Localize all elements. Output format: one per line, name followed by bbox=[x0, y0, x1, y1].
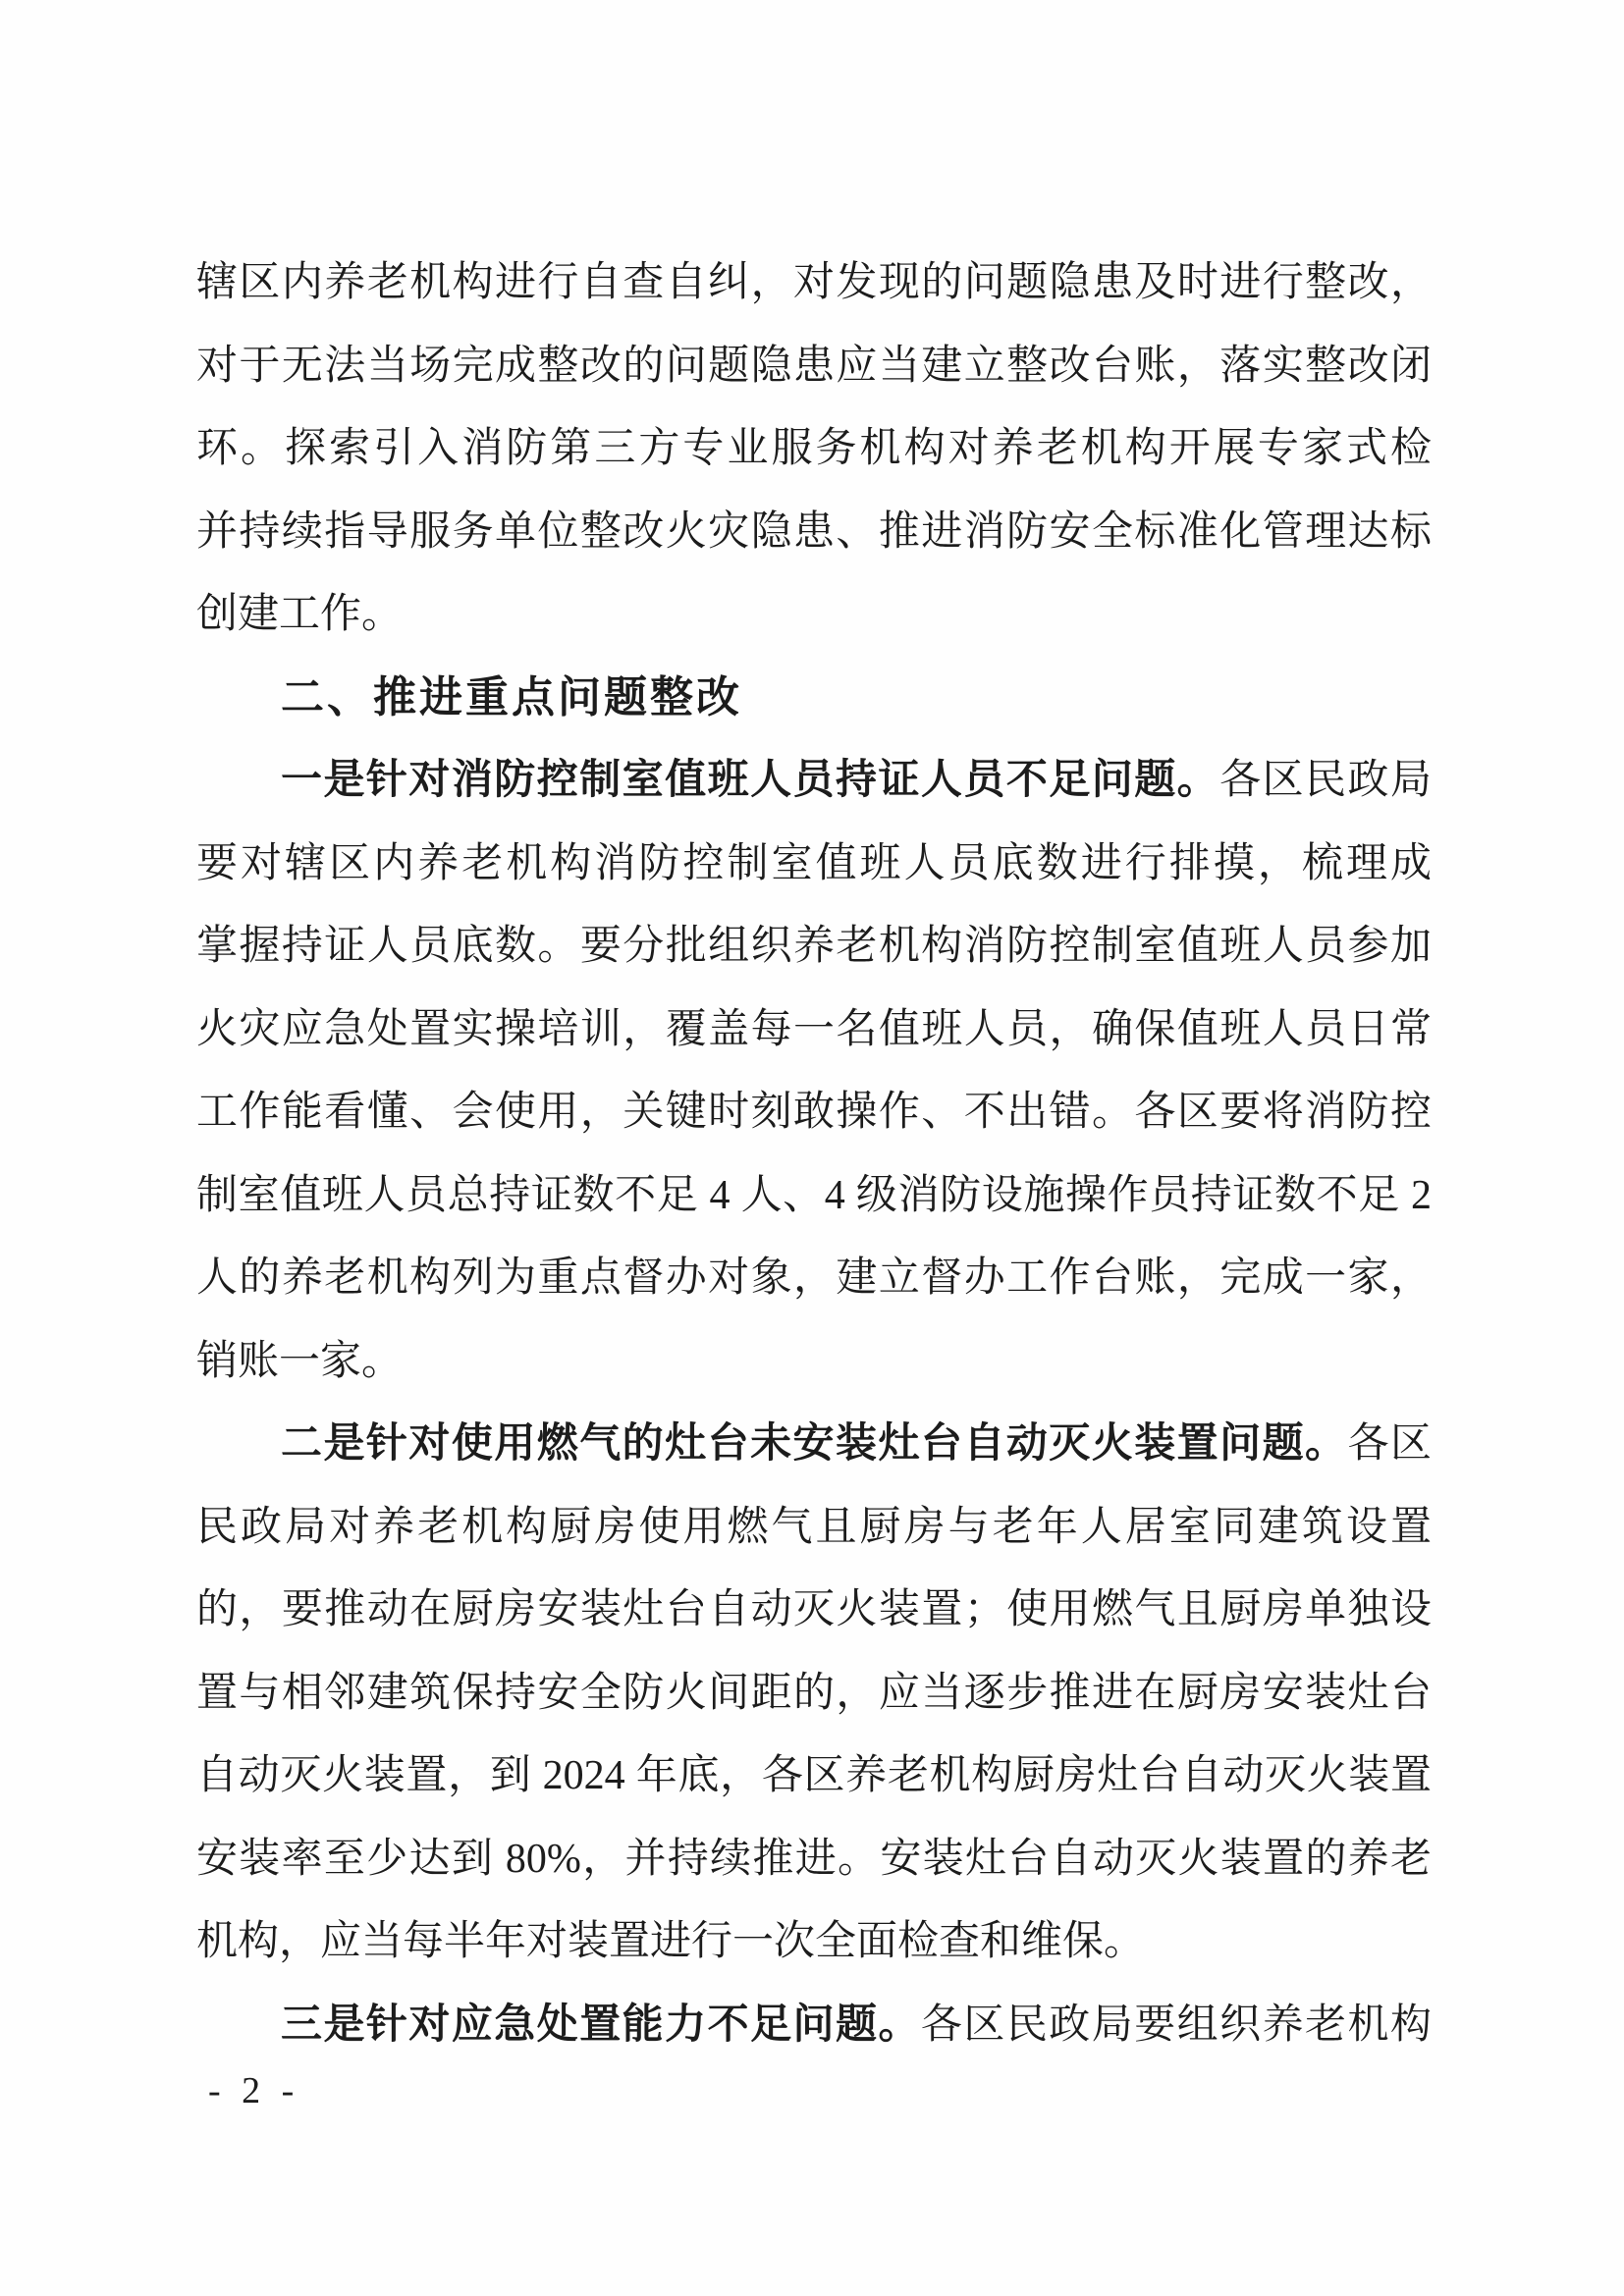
body-text: 各区民政局 bbox=[1219, 758, 1432, 803]
text-line: 工作能看懂、会使用，关键时刻敢操作、不出错。各区要将消防控 bbox=[196, 1071, 1432, 1154]
body-text: 火灾应急处置实操培训，覆盖每一名值班人员，确保值班人员日常 bbox=[196, 1007, 1432, 1052]
body-text: 机构，应当每半年对装置进行一次全面检查和维保。 bbox=[196, 1919, 1145, 1964]
lead-in-text: 二是针对使用燃气的灶台未安装灶台自动灭火装置问题。 bbox=[281, 1421, 1348, 1467]
section-heading: 二、推进重点问题整改 bbox=[196, 657, 1432, 740]
body-text: 工作能看懂、会使用，关键时刻敢操作、不出错。各区要将消防控 bbox=[196, 1090, 1432, 1135]
text-line: 一是针对消防控制室值班人员持证人员不足问题。各区民政局 bbox=[196, 739, 1432, 823]
text-line: 二是针对使用燃气的灶台未安装灶台自动灭火装置问题。各区 bbox=[196, 1403, 1432, 1486]
text-line: 要对辖区内养老机构消防控制室值班人员底数进行排摸，梳理成册， bbox=[196, 823, 1432, 906]
text-line: 置与相邻建筑保持安全防火间距的，应当逐步推进在厨房安装灶台 bbox=[196, 1652, 1432, 1735]
text-line: 辖区内养老机构进行自查自纠，对发现的问题隐患及时进行整改， bbox=[196, 241, 1432, 325]
text-line: 安装率至少达到 80%，并持续推进。安装灶台自动灭火装置的养老 bbox=[196, 1818, 1432, 1901]
text-line: 制室值班人员总持证数不足 4 人、4 级消防设施操作员持证数不足 2 bbox=[196, 1154, 1432, 1238]
body-text: 掌握持证人员底数。要分批组织养老机构消防控制室值班人员参加 bbox=[196, 924, 1432, 969]
text-line: 火灾应急处置实操培训，覆盖每一名值班人员，确保值班人员日常 bbox=[196, 988, 1432, 1072]
text-line: 销账一家。 bbox=[196, 1320, 1432, 1404]
page-number: - 2 - bbox=[208, 2069, 299, 2112]
text-line: 并持续指导服务单位整改火灾隐患、推进消防安全标准化管理达标 bbox=[196, 491, 1432, 574]
body-text: 并持续指导服务单位整改火灾隐患、推进消防安全标准化管理达标 bbox=[196, 509, 1432, 555]
text-line: 的，要推动在厨房安装灶台自动灭火装置；使用燃气且厨房单独设 bbox=[196, 1569, 1432, 1652]
body-text: 的，要推动在厨房安装灶台自动灭火装置；使用燃气且厨房单独设 bbox=[196, 1587, 1432, 1632]
body-text: 制室值班人员总持证数不足 4 人、4 级消防设施操作员持证数不足 2 bbox=[196, 1173, 1432, 1218]
body-text: 民政局对养老机构厨房使用燃气且厨房与老年人居室同建筑设置 bbox=[196, 1505, 1432, 1550]
text-line: 环。探索引入消防第三方专业服务机构对养老机构开展专家式检查， bbox=[196, 407, 1432, 491]
text-line: 对于无法当场完成整改的问题隐患应当建立整改台账，落实整改闭 bbox=[196, 325, 1432, 408]
body-text: 创建工作。 bbox=[196, 592, 403, 637]
body-text: 对于无法当场完成整改的问题隐患应当建立整改台账，落实整改闭 bbox=[196, 344, 1432, 389]
body-text: 置与相邻建筑保持安全防火间距的，应当逐步推进在厨房安装灶台 bbox=[196, 1671, 1432, 1716]
body-text: 要对辖区内养老机构消防控制室值班人员底数进行排摸，梳理成册， bbox=[196, 841, 1432, 906]
text-line: 人的养老机构列为重点督办对象，建立督办工作台账，完成一家， bbox=[196, 1237, 1432, 1320]
body-text: 各区民政局要组织养老机构 bbox=[921, 2002, 1432, 2048]
lead-in-text: 三是针对应急处置能力不足问题。 bbox=[281, 2002, 921, 2048]
lead-in-text: 二、推进重点问题整改 bbox=[281, 673, 742, 721]
document-page: 辖区内养老机构进行自查自纠，对发现的问题隐患及时进行整改，对于无法当场完成整改的… bbox=[0, 0, 1624, 2296]
body-text: 辖区内养老机构进行自查自纠，对发现的问题隐患及时进行整改， bbox=[196, 260, 1432, 305]
body-text: 各区 bbox=[1348, 1421, 1432, 1467]
text-line: 民政局对养老机构厨房使用燃气且厨房与老年人居室同建筑设置 bbox=[196, 1486, 1432, 1570]
body-text: 环。探索引入消防第三方专业服务机构对养老机构开展专家式检查， bbox=[196, 426, 1432, 491]
body-text: 自动灭火装置，到 2024 年底，各区养老机构厨房灶台自动灭火装置 bbox=[196, 1753, 1432, 1798]
text-line: 机构，应当每半年对装置进行一次全面检查和维保。 bbox=[196, 1900, 1432, 1984]
lead-in-text: 一是针对消防控制室值班人员持证人员不足问题。 bbox=[281, 758, 1219, 803]
body-text: 人的养老机构列为重点督办对象，建立督办工作台账，完成一家， bbox=[196, 1255, 1432, 1301]
text-line: 三是针对应急处置能力不足问题。各区民政局要组织养老机构 bbox=[196, 1984, 1432, 2067]
body-text: 安装率至少达到 80%，并持续推进。安装灶台自动灭火装置的养老 bbox=[196, 1837, 1432, 1882]
text-line: 创建工作。 bbox=[196, 573, 1432, 657]
text-line: 自动灭火装置，到 2024 年底，各区养老机构厨房灶台自动灭火装置 bbox=[196, 1735, 1432, 1818]
document-text: 辖区内养老机构进行自查自纠，对发现的问题隐患及时进行整改，对于无法当场完成整改的… bbox=[196, 241, 1432, 2066]
text-line: 掌握持证人员底数。要分批组织养老机构消防控制室值班人员参加 bbox=[196, 905, 1432, 988]
body-text: 销账一家。 bbox=[196, 1339, 403, 1384]
